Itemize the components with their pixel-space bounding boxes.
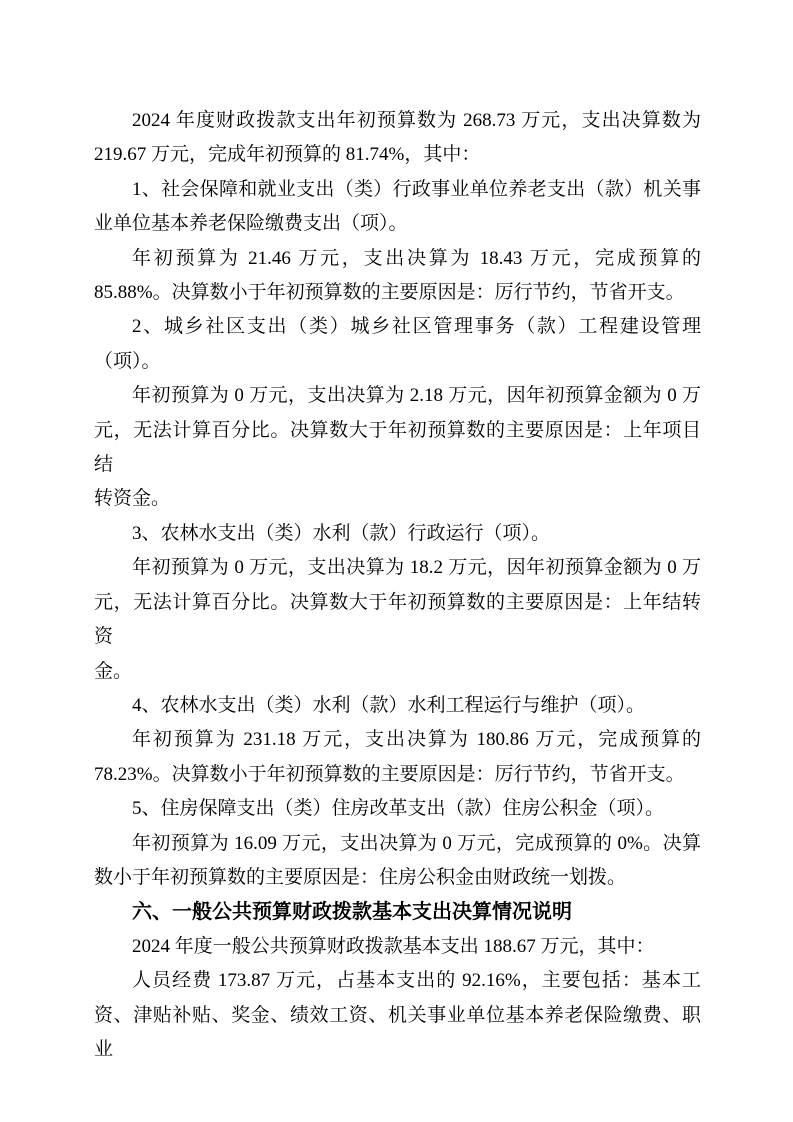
text-line: 金。 — [94, 655, 701, 689]
text-line: 2024 年度财政拨款支出年初预算数为 268.73 万元，支出决算数为 — [94, 104, 701, 138]
para-item3-title: 3、农林水支出（类）水利（款）行政运行（项）。 — [94, 517, 701, 551]
para-personnel-expense: 人员经费 173.87 万元，占基本支出的 92.16%，主要包括：基本工 资、… — [94, 964, 701, 1067]
text-line: 年初预算为 16.09 万元，支出决算为 0 万元，完成预算的 0%。决算 — [94, 827, 701, 861]
text-line: 年初预算为 21.46 万元，支出决算为 18.43 万元，完成预算的 — [94, 242, 701, 276]
para-item4-analysis: 年初预算为 231.18 万元，支出决算为 180.86 万元，完成预算的 78… — [94, 723, 701, 792]
para-item3-analysis: 年初预算为 0 万元，支出决算为 18.2 万元，因年初预算金额为 0 万 元，… — [94, 551, 701, 689]
text-line: 4、农林水支出（类）水利（款）水利工程运行与维护（项）。 — [94, 689, 701, 723]
text-line: 85.88%。决算数小于年初预算数的主要原因是：厉行节约，节省开支。 — [94, 276, 701, 310]
para-item5-title: 5、住房保障支出（类）住房改革支出（款）住房公积金（项）。 — [94, 792, 701, 826]
document-page: 2024 年度财政拨款支出年初预算数为 268.73 万元，支出决算数为 219… — [0, 0, 793, 1122]
text-line: 78.23%。决算数小于年初预算数的主要原因是：厉行节约，节省开支。 — [94, 758, 701, 792]
text-line: 人员经费 173.87 万元，占基本支出的 92.16%，主要包括：基本工 — [94, 964, 701, 998]
text-line: 2024 年度一般公共预算财政拨款基本支出 188.67 万元，其中： — [94, 930, 701, 964]
para-ytd-expenditure-summary: 2024 年度财政拨款支出年初预算数为 268.73 万元，支出决算数为 219… — [94, 104, 701, 173]
text-line: （项）。 — [94, 345, 701, 379]
text-line: 资、津贴补贴、奖金、绩效工资、机关事业单位基本养老保险缴费、职业 — [94, 999, 701, 1068]
text-line: 5、住房保障支出（类）住房改革支出（款）住房公积金（项）。 — [94, 792, 701, 826]
text-line: 数小于年初预算数的主要原因是：住房公积金由财政统一划拨。 — [94, 861, 701, 895]
text-line: 年初预算为 0 万元，支出决算为 18.2 万元，因年初预算金额为 0 万 — [94, 551, 701, 585]
text-line: 年初预算为 0 万元，支出决算为 2.18 万元，因年初预算金额为 0 万 — [94, 379, 701, 413]
text-line: 年初预算为 231.18 万元，支出决算为 180.86 万元，完成预算的 — [94, 723, 701, 757]
text-line: 元，无法计算百分比。决算数大于年初预算数的主要原因是：上年项目结 — [94, 414, 701, 483]
para-item4-title: 4、农林水支出（类）水利（款）水利工程运行与维护（项）。 — [94, 689, 701, 723]
text-line: 219.67 万元，完成年初预算的 81.74%，其中： — [94, 138, 701, 172]
para-item1-analysis: 年初预算为 21.46 万元，支出决算为 18.43 万元，完成预算的 85.8… — [94, 242, 701, 311]
section-heading: 六、一般公共预算财政拨款基本支出决算情况说明 — [94, 895, 701, 929]
text-line: 元，无法计算百分比。决算数大于年初预算数的主要原因是：上年结转资 — [94, 586, 701, 655]
text-line: 业单位基本养老保险缴费支出（项）。 — [94, 207, 701, 241]
para-basic-expenditure-summary: 2024 年度一般公共预算财政拨款基本支出 188.67 万元，其中： — [94, 930, 701, 964]
document-content: 2024 年度财政拨款支出年初预算数为 268.73 万元，支出决算数为 219… — [94, 104, 701, 1067]
text-line: 3、农林水支出（类）水利（款）行政运行（项）。 — [94, 517, 701, 551]
para-item1-title: 1、社会保障和就业支出（类）行政事业单位养老支出（款）机关事 业单位基本养老保险… — [94, 173, 701, 242]
text-line: 转资金。 — [94, 482, 701, 516]
text-line: 2、城乡社区支出（类）城乡社区管理事务（款）工程建设管理 — [94, 310, 701, 344]
para-item5-analysis: 年初预算为 16.09 万元，支出决算为 0 万元，完成预算的 0%。决算 数小… — [94, 827, 701, 896]
text-line: 1、社会保障和就业支出（类）行政事业单位养老支出（款）机关事 — [94, 173, 701, 207]
para-item2-analysis: 年初预算为 0 万元，支出决算为 2.18 万元，因年初预算金额为 0 万 元，… — [94, 379, 701, 517]
para-item2-title: 2、城乡社区支出（类）城乡社区管理事务（款）工程建设管理 （项）。 — [94, 310, 701, 379]
heading-section-six: 六、一般公共预算财政拨款基本支出决算情况说明 — [94, 895, 701, 929]
